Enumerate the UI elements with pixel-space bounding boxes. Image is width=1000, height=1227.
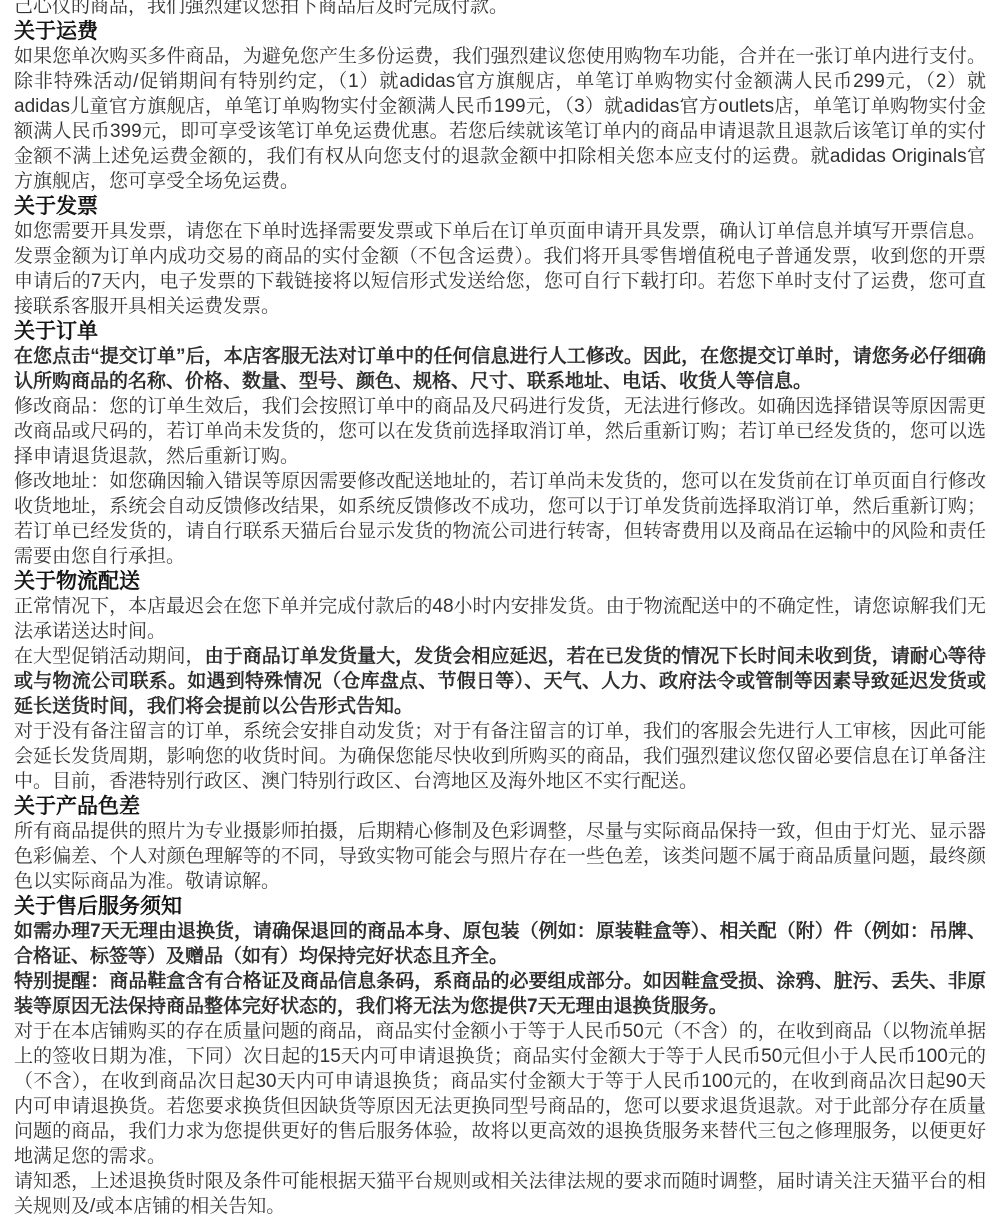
policy-paragraph: 特别提醒：商品鞋盒含有合格证及商品信息条码，系商品的必要组成部分。如因鞋盒受损、…: [14, 969, 986, 1019]
text-run: 正常情况下，本店最迟会在您下单并完成付款后的48小时内安排发货。由于物流配送中的…: [14, 596, 986, 642]
policy-paragraph: 请知悉，上述退换货时限及条件可能根据天猫平台规则或相关法律法规的要求而随时调整，…: [14, 1169, 986, 1219]
text-run: 所有商品提供的照片为专业摄影师拍摄，后期精心修制及色彩调整，尽量与实际商品保持一…: [14, 821, 986, 892]
text-run: 在大型促销活动期间，: [14, 646, 205, 667]
text-run: 对于没有备注留言的订单，系统会安排自动发货；对于有备注留言的订单，我们的客服会先…: [14, 721, 986, 792]
text-run: 如您需要开具发票，请您在下单时选择需要发票或下单后在订单页面申请开具发票，确认订…: [14, 221, 986, 317]
policy-paragraph: 在大型促销活动期间，由于商品订单发货量大，发货会相应延迟，若在已发货的情况下长时…: [14, 644, 986, 719]
policy-paragraph: 修改地址：如您确因输入错误等原因需要修改配送地址的，若订单尚未发货的，您可以在发…: [14, 469, 986, 569]
policy-paragraph: 对于没有备注留言的订单，系统会安排自动发货；对于有备注留言的订单，我们的客服会先…: [14, 719, 986, 794]
policy-paragraph: 在您点击“提交订单”后，本店客服无法对订单中的任何信息进行人工修改。因此，在您提…: [14, 344, 986, 394]
section-heading: 关于发票: [14, 194, 986, 219]
policy-document: 己心仪的商品，我们强烈建议您拍下商品后及时完成付款。关于运费如果您单次购买多件商…: [0, 0, 1000, 1219]
text-run: 对于在本店铺购买的存在质量问题的商品，商品实付金额小于等于人民币50元（不含）的…: [14, 1021, 986, 1167]
section-heading: 关于物流配送: [14, 569, 986, 594]
section-heading: 关于产品色差: [14, 794, 986, 819]
text-run: 修改商品：您的订单生效后，我们会按照订单中的商品及尺码进行发货，无法进行修改。如…: [14, 396, 986, 467]
bold-text-run: 如需办理7天无理由退换货，请确保退回的商品本身、原包装（例如：原装鞋盒等）、相关…: [14, 921, 986, 967]
policy-paragraph: 修改商品：您的订单生效后，我们会按照订单中的商品及尺码进行发货，无法进行修改。如…: [14, 394, 986, 469]
policy-paragraph: 如需办理7天无理由退换货，请确保退回的商品本身、原包装（例如：原装鞋盒等）、相关…: [14, 919, 986, 969]
section-heading: 关于订单: [14, 319, 986, 344]
policy-paragraph: 所有商品提供的照片为专业摄影师拍摄，后期精心修制及色彩调整，尽量与实际商品保持一…: [14, 819, 986, 894]
policy-paragraph: 正常情况下，本店最迟会在您下单并完成付款后的48小时内安排发货。由于物流配送中的…: [14, 594, 986, 644]
text-run: 修改地址：如您确因输入错误等原因需要修改配送地址的，若订单尚未发货的，您可以在发…: [14, 471, 986, 567]
policy-paragraph: 如您需要开具发票，请您在下单时选择需要发票或下单后在订单页面申请开具发票，确认订…: [14, 219, 986, 319]
section-heading: 关于运费: [14, 19, 986, 44]
section-heading: 关于售后服务须知: [14, 894, 986, 919]
policy-paragraph: 如果您单次购买多件商品，为避免您产生多份运费，我们强烈建议您使用购物车功能，合并…: [14, 44, 986, 194]
text-run: 请知悉，上述退换货时限及条件可能根据天猫平台规则或相关法律法规的要求而随时调整，…: [14, 1171, 986, 1217]
text-run: 如果您单次购买多件商品，为避免您产生多份运费，我们强烈建议您使用购物车功能，合并…: [14, 46, 986, 192]
policy-paragraph: 己心仪的商品，我们强烈建议您拍下商品后及时完成付款。: [14, 0, 986, 19]
policy-paragraph: 对于在本店铺购买的存在质量问题的商品，商品实付金额小于等于人民币50元（不含）的…: [14, 1019, 986, 1169]
text-run: 己心仪的商品，我们强烈建议您拍下商品后及时完成付款。: [14, 0, 508, 17]
bold-text-run: 在您点击“提交订单”后，本店客服无法对订单中的任何信息进行人工修改。因此，在您提…: [14, 346, 986, 392]
bold-text-run: 特别提醒：商品鞋盒含有合格证及商品信息条码，系商品的必要组成部分。如因鞋盒受损、…: [14, 971, 986, 1017]
